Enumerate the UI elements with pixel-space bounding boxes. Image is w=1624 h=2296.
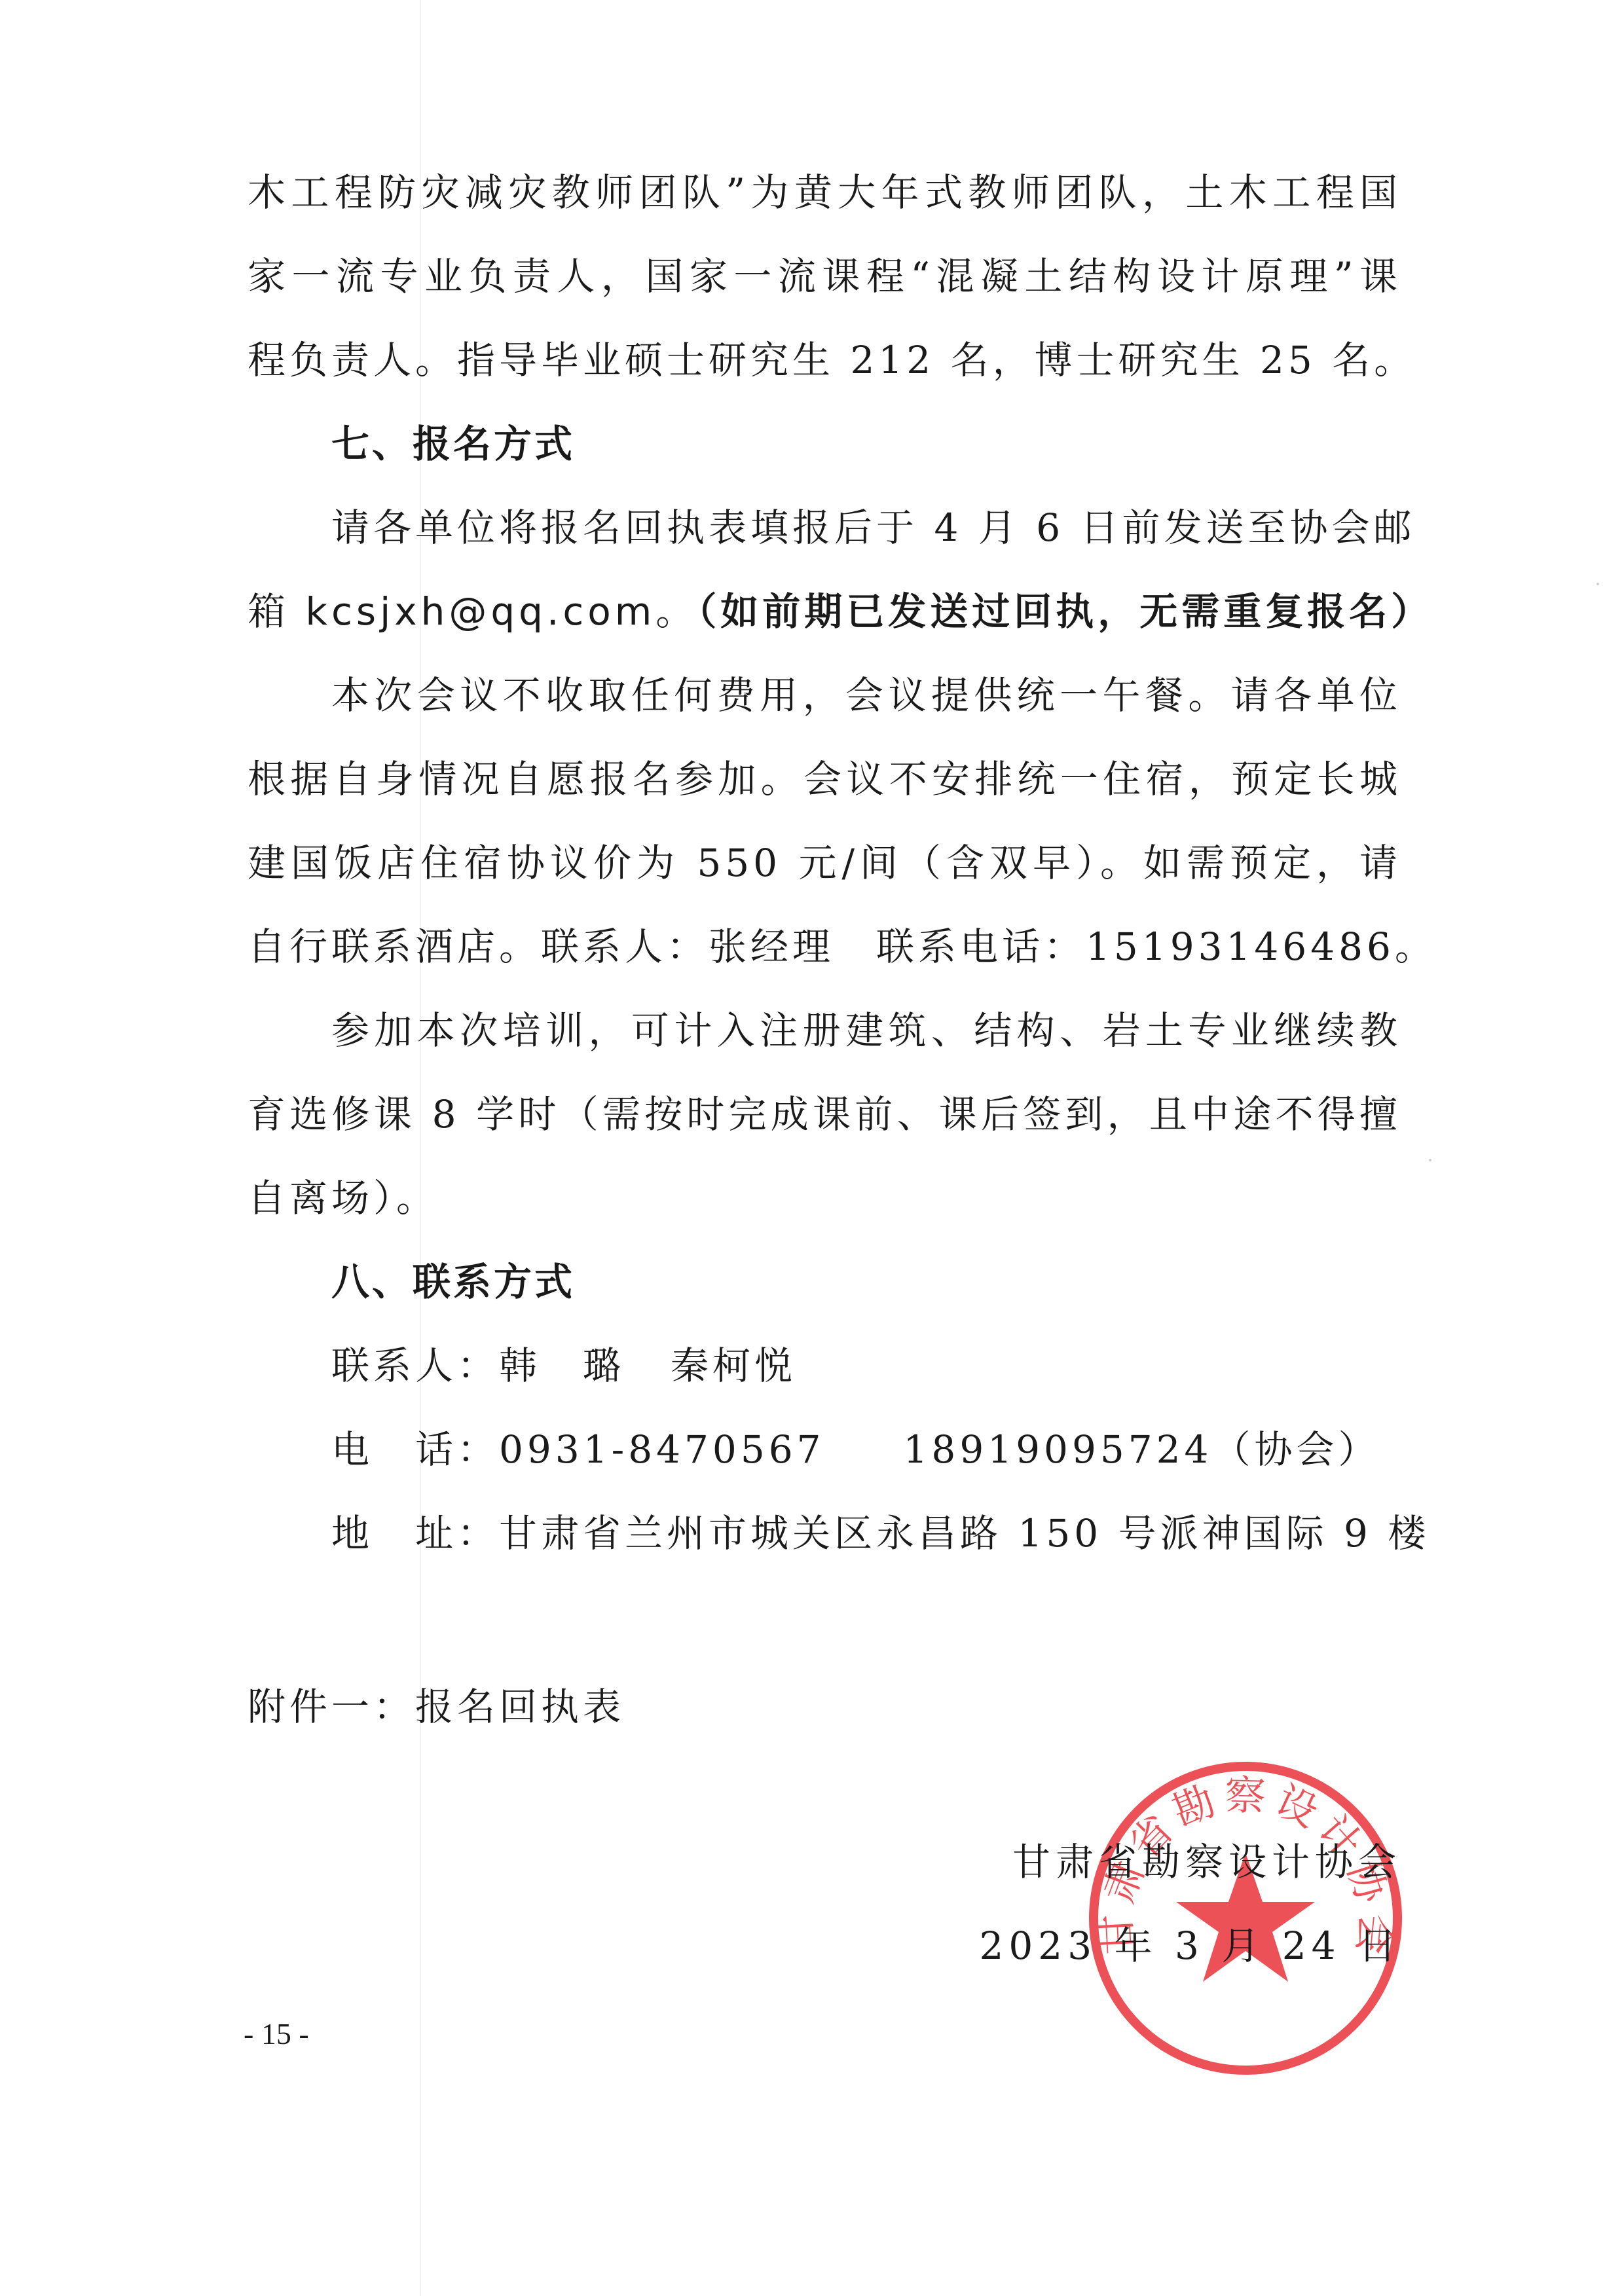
body-line: 本次会议不收取任何费用，会议提供统一午餐。请各单位 — [248, 653, 1401, 737]
body-line: 自行联系酒店。联系人：张经理 联系电话：15193146486。 — [248, 905, 1401, 989]
body-line: 参加本次培训，可计入注册建筑、结构、岩土专业继续教 — [248, 989, 1401, 1072]
phone-row: 电 话：0931-847056718919095724（协会） — [248, 1408, 1401, 1491]
address-label: 地 址： — [331, 1511, 499, 1556]
body-line: 箱 kcsjxh@qq.com。（如前期已发送过回执，无需重复报名） — [248, 570, 1401, 653]
contact-persons-row: 联系人：韩 璐秦柯悦 — [248, 1324, 1401, 1408]
phone-number: 0931-8470567 — [499, 1427, 825, 1472]
signature-block: 甘肃省勘察设计协会 2023 年 3 月 24 日 — [980, 1820, 1402, 1988]
signature-date: 2023 年 3 月 24 日 — [980, 1904, 1402, 1988]
body-line: 程负责人。指导毕业硕士研究生 212 名，博士研究生 25 名。 — [248, 318, 1401, 402]
section-heading-contact: 八、联系方式 — [248, 1240, 1401, 1324]
body-line: 根据自身情况自愿报名参加。会议不安排统一住宿，预定长城 — [248, 737, 1401, 821]
phone-label: 电 话： — [331, 1427, 499, 1472]
scan-speck — [1429, 1159, 1431, 1161]
document-body: 木工程防灾减灾教师团队”为黄大年式教师团队，土木工程国 家一流专业负责人，国家一… — [248, 151, 1401, 1575]
body-line: 育选修课 8 学时（需按时完成课前、课后签到，且中途不得擅 — [248, 1072, 1401, 1156]
body-line: 自离场）。 — [248, 1156, 1401, 1240]
page-number: - 15 - — [244, 2016, 309, 2051]
phone-number: 18919095724（协会） — [904, 1427, 1380, 1472]
signature-organization: 甘肃省勘察设计协会 — [980, 1820, 1402, 1904]
bold-note: （如前期已发送过回执，无需重复报名） — [697, 589, 1433, 634]
scan-speck — [1596, 583, 1599, 585]
email-text: 箱 kcsjxh@qq.com。 — [248, 589, 697, 634]
contact-person: 秦柯悦 — [671, 1343, 796, 1388]
body-line: 木工程防灾减灾教师团队”为黄大年式教师团队，土木工程国 — [248, 151, 1401, 234]
contact-person: 韩 璐 — [499, 1343, 625, 1388]
section-heading-registration: 七、报名方式 — [248, 402, 1401, 486]
attachment-note: 附件一：报名回执表 — [248, 1676, 625, 1731]
address-row: 地 址：甘肃省兰州市城关区永昌路 150 号派神国际 9 楼 — [248, 1491, 1401, 1575]
contact-label: 联系人： — [331, 1343, 499, 1388]
body-line: 建国饭店住宿协议价为 550 元/间（含双早）。如需预定，请 — [248, 821, 1401, 905]
body-line: 家一流专业负责人，国家一流课程“混凝土结构设计原理”课 — [248, 234, 1401, 318]
body-line: 请各单位将报名回执表填报后于 4 月 6 日前发送至协会邮 — [248, 486, 1401, 570]
address-value: 甘肃省兰州市城关区永昌路 150 号派神国际 9 楼 — [499, 1511, 1430, 1556]
